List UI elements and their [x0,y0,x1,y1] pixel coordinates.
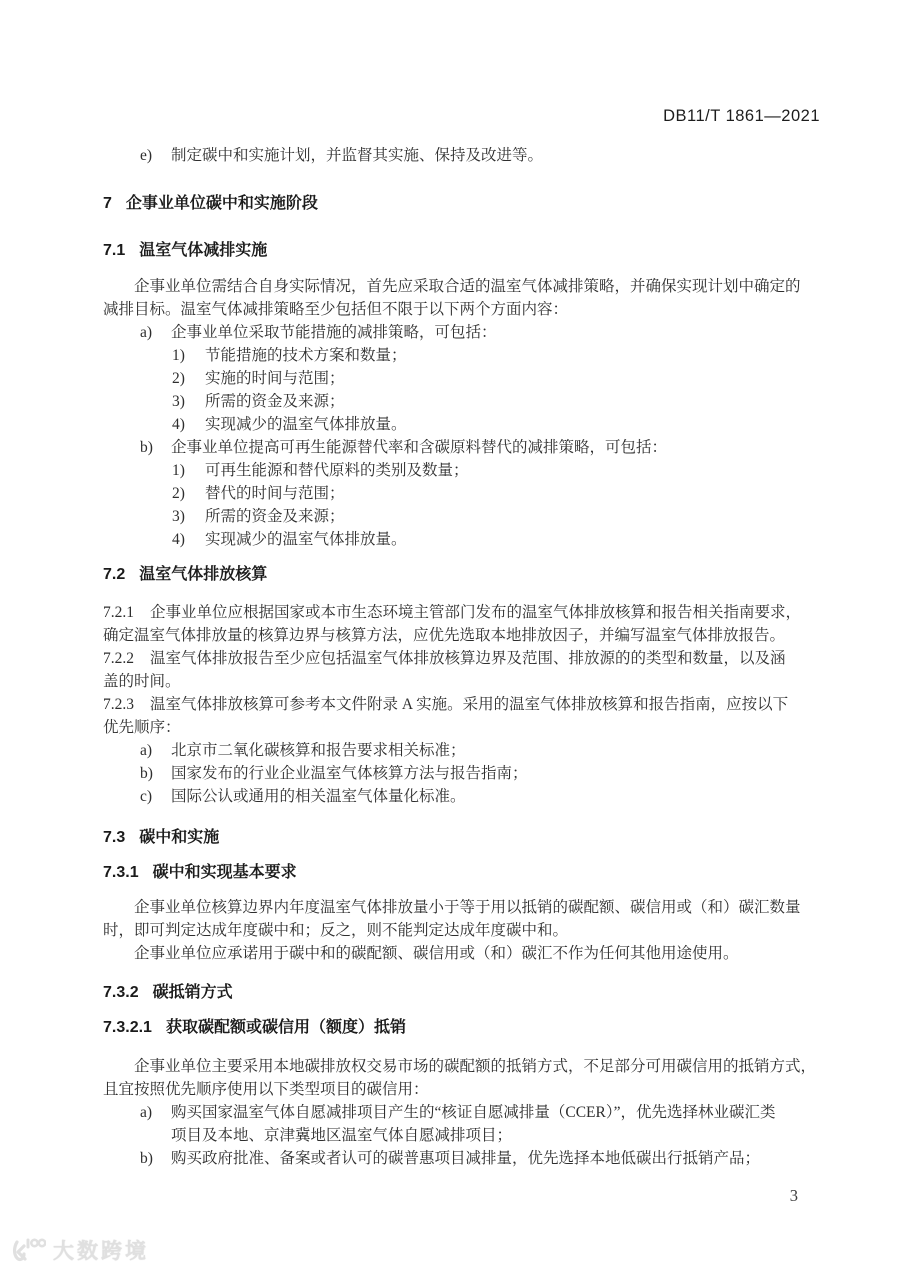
clause-text: 温室气体排放核算可参考本文件附录 A 实施。采用的温室气体排放核算和报告指南，应… [150,696,788,713]
paragraph-line: 企事业单位主要采用本地碳排放权交易市场的碳配额的抵销方式，不足部分可用碳信用的抵… [103,1055,820,1078]
paragraph-7-3-1-b: 企事业单位应承诺用于碳中和的碳配额、碳信用或（和）碳汇不作为任何其他用途使用。 [103,942,820,965]
list-item-text: 国际公认或通用的相关温室气体量化标准。 [171,785,466,808]
list-item-text: 国家发布的行业企业温室气体核算方法与报告指南； [171,762,528,785]
page-number: 3 [103,1184,820,1207]
list-item-text: 购买国家温室气体自愿减排项目产生的“核证自愿减排量（CCER）”，优先选择林业碳… [171,1101,776,1124]
watermark: 大数跨境 [10,1235,149,1265]
clause-text: 温室气体排放报告至少应包括温室气体排放核算边界及范围、排放源的的类型和数量，以及… [150,650,786,667]
list-item-b: b) 企事业单位提高可再生能源替代率和含碳原料替代的减排策略，可包括： [103,436,820,459]
list-item-text: 企事业单位提高可再生能源替代率和含碳原料替代的减排策略，可包括： [171,436,667,459]
heading-title: 企事业单位碳中和实施阶段 [126,195,318,212]
list-item-label: a) [140,321,171,344]
page-content: DB11/T 1861—2021 e) 制定碳中和实施计划，并监督其实施、保持及… [103,0,820,1207]
paragraph-line: 确定温室气体排放量的核算边界与核算方法，应优先选取本地排放因子，并编写温室气体排… [103,624,820,647]
list-item-label: 3) [172,505,205,528]
list-item-label: 2) [172,367,205,390]
list-item-text: 北京市二氧化碳核算和报告要求相关标准； [171,739,466,762]
list-item: 2) 实施的时间与范围； [103,367,820,390]
document-page: DB11/T 1861—2021 e) 制定碳中和实施计划，并监督其实施、保持及… [0,0,900,1273]
list-item-text: 所需的资金及来源； [205,505,345,528]
heading-number: 7.3 [103,829,125,846]
heading-title: 获取碳配额或碳信用（额度）抵销 [166,1019,406,1036]
paragraph-line: 优先顺序： [103,716,820,739]
clause-7-2-3: 7.2.3温室气体排放核算可参考本文件附录 A 实施。采用的温室气体排放核算和报… [103,693,820,739]
list-item-label: b) [140,1147,171,1170]
list-item: 3) 所需的资金及来源； [103,505,820,528]
heading-title: 温室气体减排实施 [139,242,267,259]
paragraph-line: 时，即可判定达成年度碳中和；反之，则不能判定达成年度碳中和。 [103,919,820,942]
list-item-label: b) [140,436,171,459]
paragraph-line: 企事业单位应承诺用于碳中和的碳配额、碳信用或（和）碳汇不作为任何其他用途使用。 [103,942,820,965]
standard-code: DB11/T 1861—2021 [103,105,820,128]
section-heading-7-3: 7.3碳中和实施 [103,826,820,849]
heading-title: 温室气体排放核算 [139,566,267,583]
list-item-text: 企事业单位采取节能措施的减排策略，可包括： [171,321,497,344]
list-item: a) 购买国家温室气体自愿减排项目产生的“核证自愿减排量（CCER）”，优先选择… [103,1101,820,1147]
list-item: c) 国际公认或通用的相关温室气体量化标准。 [103,785,820,808]
list-item-text: 实现减少的温室气体排放量。 [205,413,407,436]
watermark-text: 大数跨境 [53,1235,149,1265]
heading-title: 碳抵销方式 [153,984,233,1001]
list-item-label: a) [140,1101,171,1147]
heading-number: 7.3.2 [103,984,139,1001]
paragraph-line: 7.2.3温室气体排放核算可参考本文件附录 A 实施。采用的温室气体排放核算和报… [103,693,820,716]
list-item-label: c) [140,785,171,808]
list-item-label: 1) [172,459,205,482]
section-heading-7-3-1: 7.3.1碳中和实现基本要求 [103,861,820,884]
heading-title: 碳中和实施 [139,829,219,846]
list-item-text: 购买政府批准、备案或者认可的碳普惠项目减排量，优先选择本地低碳出行抵销产品； [171,1147,760,1170]
list-item-text: 节能措施的技术方案和数量； [205,344,407,367]
list-item-text: 项目及本地、京津冀地区温室气体自愿减排项目； [171,1124,776,1147]
clause-7-2-2: 7.2.2温室气体排放报告至少应包括温室气体排放核算边界及范围、排放源的的类型和… [103,647,820,693]
k100-logo-icon [10,1235,46,1265]
paragraph-line: 盖的时间。 [103,670,820,693]
list-item-label: 2) [172,482,205,505]
paragraph-line: 7.2.2温室气体排放报告至少应包括温室气体排放核算边界及范围、排放源的的类型和… [103,647,820,670]
paragraph-line: 企事业单位需结合自身实际情况，首先应采取合适的温室气体减排策略，并确保实现计划中… [103,275,820,298]
section-heading-7: 7企事业单位碳中和实施阶段 [103,192,820,215]
list-item: 4) 实现减少的温室气体排放量。 [103,413,820,436]
list-item: 1) 节能措施的技术方案和数量； [103,344,820,367]
clause-number: 7.2.2 [103,650,134,667]
list-item-label: 4) [172,413,205,436]
list-item-text: 制定碳中和实施计划，并监督其实施、保持及改进等。 [171,144,543,167]
list-item-label: e) [140,144,171,167]
clause-text: 企事业单位应根据国家或本市生态环境主管部门发布的温室气体排放核算和报告相关指南要… [150,604,801,621]
list-item: 3) 所需的资金及来源； [103,390,820,413]
paragraph-7-1: 企事业单位需结合自身实际情况，首先应采取合适的温室气体减排策略，并确保实现计划中… [103,275,820,321]
heading-number: 7.3.1 [103,864,139,881]
list-item-text: 替代的时间与范围； [205,482,345,505]
list-item: b) 国家发布的行业企业温室气体核算方法与报告指南； [103,762,820,785]
paragraph-line: 且宜按照优先顺序使用以下类型项目的碳信用： [103,1078,820,1101]
section-heading-7-3-2: 7.3.2碳抵销方式 [103,981,820,1004]
list-item-label: b) [140,762,171,785]
clause-number: 7.2.1 [103,604,134,621]
list-item-label: 4) [172,528,205,551]
paragraph-line: 企事业单位核算边界内年度温室气体排放量小于等于用以抵销的碳配额、碳信用或（和）碳… [103,896,820,919]
paragraph-7-3-2-1: 企事业单位主要采用本地碳排放权交易市场的碳配额的抵销方式，不足部分可用碳信用的抵… [103,1055,820,1101]
section-heading-7-3-2-1: 7.3.2.1获取碳配额或碳信用（额度）抵销 [103,1016,820,1039]
list-item-text: 可再生能源和替代原料的类别及数量； [205,459,469,482]
list-item-text: 实现减少的温室气体排放量。 [205,528,407,551]
list-item: a) 北京市二氧化碳核算和报告要求相关标准； [103,739,820,762]
paragraph-7-3-1-a: 企事业单位核算边界内年度温室气体排放量小于等于用以抵销的碳配额、碳信用或（和）碳… [103,896,820,942]
paragraph-line: 7.2.1企事业单位应根据国家或本市生态环境主管部门发布的温室气体排放核算和报告… [103,601,820,624]
list-item-e: e) 制定碳中和实施计划，并监督其实施、保持及改进等。 [103,144,820,167]
paragraph-line: 减排目标。温室气体减排策略至少包括但不限于以下两个方面内容： [103,298,820,321]
heading-number: 7.1 [103,242,125,259]
section-heading-7-2: 7.2温室气体排放核算 [103,563,820,586]
heading-number: 7.3.2.1 [103,1019,152,1036]
heading-number: 7.2 [103,566,125,583]
list-item: 1) 可再生能源和替代原料的类别及数量； [103,459,820,482]
list-item-label: 3) [172,390,205,413]
heading-title: 碳中和实现基本要求 [153,864,297,881]
clause-7-2-1: 7.2.1企事业单位应根据国家或本市生态环境主管部门发布的温室气体排放核算和报告… [103,601,820,647]
list-item-label: 1) [172,344,205,367]
list-item-label: a) [140,739,171,762]
list-item-text: 所需的资金及来源； [205,390,345,413]
list-item: 2) 替代的时间与范围； [103,482,820,505]
clause-number: 7.2.3 [103,696,134,713]
list-item-text: 实施的时间与范围； [205,367,345,390]
list-item-a: a) 企事业单位采取节能措施的减排策略，可包括： [103,321,820,344]
list-item: 4) 实现减少的温室气体排放量。 [103,528,820,551]
section-heading-7-1: 7.1温室气体减排实施 [103,239,820,262]
heading-number: 7 [103,195,112,212]
list-item: b) 购买政府批准、备案或者认可的碳普惠项目减排量，优先选择本地低碳出行抵销产品… [103,1147,820,1170]
